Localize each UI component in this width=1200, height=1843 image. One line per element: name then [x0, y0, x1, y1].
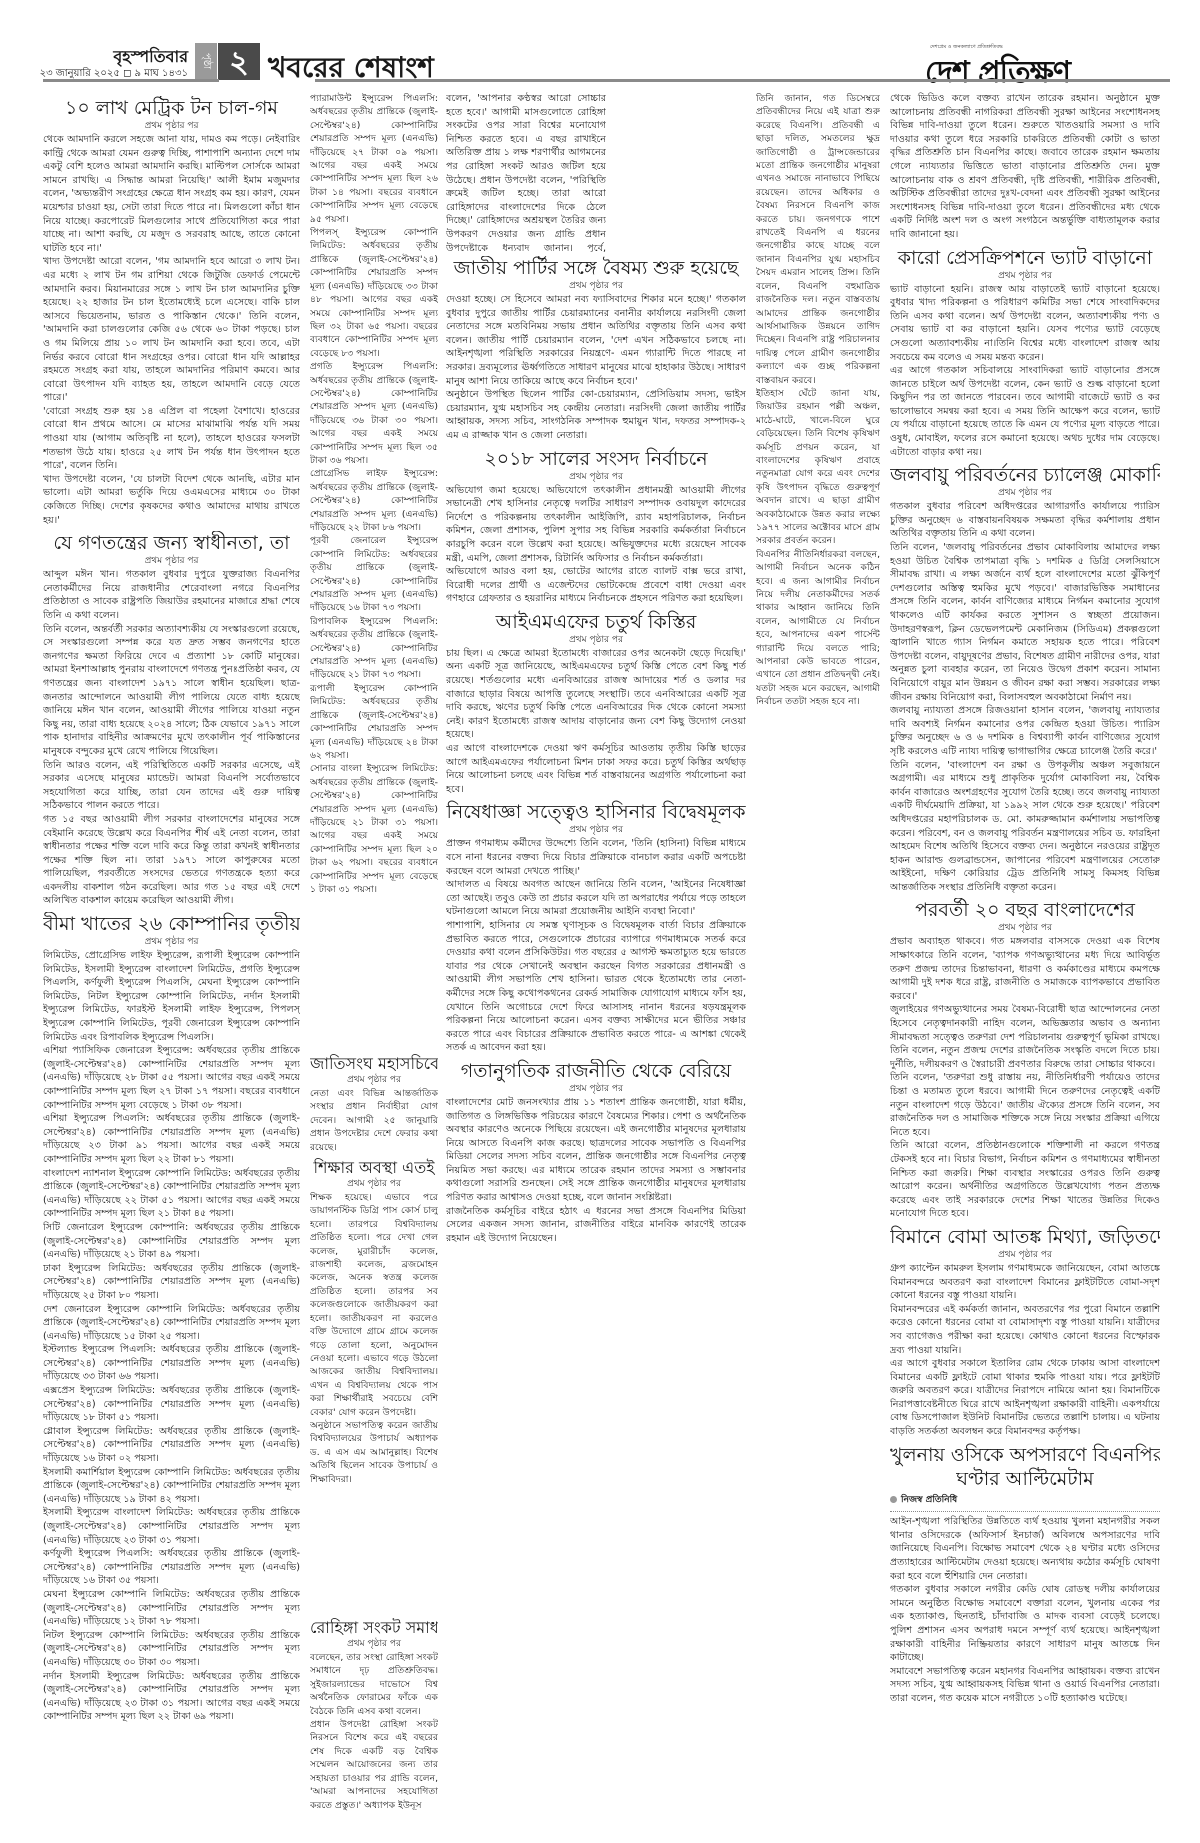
- header-rule: [315, 79, 1170, 82]
- paragraph: প্যারামাউন্ট ইন্স্যুরেন্স পিএলসি: অর্ধবছ…: [310, 92, 438, 226]
- paragraph: খাদ্য উপদেষ্টা বলেন, 'যে চালটা বিদেশ থেক…: [43, 473, 300, 527]
- jump-line: প্রথম পৃষ্ঠার পর: [446, 634, 746, 646]
- paragraph: এশিয়া প্যাসিফিক জেনারেল ইন্স্যুরেন্স: অ…: [43, 1044, 300, 1112]
- headline: যে গণতন্ত্রের জন্য স্বাধীনতা, তা: [43, 531, 300, 555]
- headline: ১০ লাখ মেট্রিক টন চাল-গম: [43, 96, 300, 120]
- paragraph: সোনার বাংলা ইন্স্যুরেন্স লিমিটেড: অর্ধবছ…: [310, 762, 438, 896]
- headline: কারো প্রেসক্রিপশনে ভ্যাট বাড়ানো: [890, 246, 1160, 270]
- headline: জলবায়ু পরিবর্তনের চ্যালেঞ্জ মোকাবিলায়: [890, 463, 1160, 487]
- article-insurance: বীমা খাতের ২৬ কোম্পানির তৃতীয় প্রথম পৃষ…: [43, 912, 300, 1724]
- paragraph: প্রধান উপদেষ্টা রোহিঙ্গা সংকট নিরসনে বিশ…: [310, 1718, 438, 1812]
- article-climate: জলবায়ু পরিবর্তনের চ্যালেঞ্জ মোকাবিলায় …: [890, 463, 1160, 894]
- page-tag: পৃষ্ঠা: [195, 43, 217, 80]
- paragraph: প্রাক্তন গণমাধ্যম কর্মীদের উদ্দেশ্যে তিন…: [446, 837, 746, 878]
- paragraph: বাংলাদেশের মোট জনসংখ্যার প্রায় ১১ শতাংশ…: [446, 1096, 746, 1205]
- headline: বীমা খাতের ২৬ কোম্পানির তৃতীয়: [43, 912, 300, 936]
- middle-wide-block: জাতীয় পার্টির সঙ্গে বৈষম্য শুরু হয়েছে …: [446, 252, 746, 1842]
- paragraph: আব্দুল মঈন খান। গতকাল বুধবার দুপুরে যুক্…: [43, 568, 300, 622]
- paragraph: 'বোরো সংগ্রহ শুরু হয় ১৪ এপ্রিল বা পহেলা…: [43, 405, 300, 473]
- paragraph: দেওয়া হচ্ছে। সে হিসেবে আমরা নব্য ফ্যাসি…: [446, 293, 746, 388]
- paragraph: থেকে আমদানি করলে সহজে আনা যায়, দামও কম …: [43, 133, 300, 255]
- paragraph: শিক্ষক হয়েছে। এভাবে পরে ডায়াগনস্টিক ডি…: [310, 1191, 438, 1419]
- paragraph: বলেছেন, তার সংস্থা রোহিঙ্গা সংকট সমাধানে…: [310, 1651, 438, 1718]
- paragraph: জুলাইয়ের গণঅভ্যুত্থানের সময় বৈষম্য-বির…: [890, 1003, 1160, 1071]
- paragraph: ইস্টল্যান্ড ইন্স্যুরেন্স পিএলসি: অর্ধবছর…: [43, 1343, 300, 1384]
- article-disabled: থেকে ভিডিও কলে বক্তব্য রাখেন তারেক রহমান…: [890, 92, 1160, 242]
- article-education: শিক্ষার অবস্থা এতই প্রথম পৃষ্ঠার পর শিক্…: [310, 1154, 438, 1614]
- paragraph: গতকাল বুধবার পরিবেশ অধিদপ্তরের আগারগাঁও …: [890, 500, 1160, 541]
- paragraph: ইসলামী ইন্স্যুরেন্স বাংলাদেশ লিমিটেড: অর…: [43, 1506, 300, 1547]
- paragraph: বিমানবন্দরের এই কর্মকর্তা জানান, অবতরণের…: [890, 1303, 1160, 1357]
- paragraph: এশিয়া ইন্স্যুরেন্স পিএলসি: অর্ধবছরের তৃ…: [43, 1112, 300, 1166]
- paragraph: জলবায়ু ন্যায্যতা প্রসঙ্গে রিজওয়ানা হাস…: [890, 704, 1160, 758]
- headline: জাতীয় পার্টির সঙ্গে বৈষম্য শুরু হয়েছে: [446, 256, 746, 280]
- article-rohingya-continued: বলেন, 'আপনার কণ্ঠস্বর আরো সোচ্চার হতে হব…: [446, 92, 606, 252]
- paragraph: তিনি আরও বলেন, এই পরিস্থিতিতে একটি সরকার…: [43, 759, 300, 813]
- paragraph: রিপাবলিক ইন্স্যুরেন্স পিএলসি: অর্ধবছরের …: [310, 615, 438, 682]
- headline-line-2: ঘণ্টার আল্টিমেটাম: [890, 1467, 1160, 1491]
- headline: ২০১৮ সালের সংসদ নির্বাচনে: [446, 447, 746, 471]
- paragraph: গ্লোবাল ইন্স্যুরেন্স লিমিটেড: অর্ধবছরের …: [43, 1425, 300, 1466]
- headline: পরবর্তী ২০ বছর বাংলাদেশের: [890, 898, 1160, 922]
- paragraph: লিমিটেড, প্রোগ্রেসিভ লাইফ ইন্স্যুরেন্স, …: [43, 949, 300, 1044]
- headline: বিমানে বোমা আতঙ্ক মিথ্যা, জড়িতদের: [890, 1225, 1160, 1249]
- column-1: ১০ লাখ মেট্রিক টন চাল-গম প্রথম পৃষ্ঠার প…: [43, 92, 300, 1832]
- jump-line: প্রথম পৃষ্ঠার পর: [43, 120, 300, 132]
- jump-line: প্রথম পৃষ্ঠার পর: [446, 471, 746, 483]
- article-imf: আইএমএফের চতুর্থ কিস্তির প্রথম পৃষ্ঠার পর…: [446, 610, 746, 797]
- column-5: থেকে ভিডিও কলে বক্তব্য রাখেন তারেক রহমান…: [890, 92, 1160, 1832]
- section-title: খবরের শেষাংশ: [268, 46, 434, 93]
- page-number: ২: [218, 43, 260, 80]
- masthead: বৃহস্পতিবার ২৩ জানুয়ারি ২০২৫ ◻ ৯ মাঘ ১৪…: [0, 0, 1200, 80]
- paragraph: তিনি আরো বলেন, প্রতিষ্ঠানগুলোকে শক্তিশাল…: [890, 1139, 1160, 1221]
- headline: আইএমএফের চতুর্থ কিস্তির: [446, 610, 746, 634]
- article-un-chief: জাতিসংঘ মহাসচিবের প্রথম পৃষ্ঠার পর নেতা …: [310, 1054, 438, 1154]
- paragraph: তিনি বলেন, অন্তর্বর্তী সরকার অত্যাবশ্যকী…: [43, 623, 300, 759]
- paragraph: গ্রুপ ক্যাপ্টেন কামরুল ইসলাম গণমাধ্যমকে …: [890, 1262, 1160, 1303]
- jump-line: প্রথম পৃষ্ঠার পর: [310, 1638, 438, 1650]
- paragraph: ঢাকা ইন্স্যুরেন্স লিমিটেড: অর্ধবছরের তৃত…: [43, 1262, 300, 1303]
- article-rohingya: রোহিঙ্গা সংকট সমাধানে প্রথম পৃষ্ঠার পর ব…: [310, 1618, 438, 1812]
- paragraph: বিএনপির নীতিনির্ধারকরা বলছেন, আগামী নির্…: [756, 548, 880, 709]
- paragraph: পিপলস্ ইন্স্যুরেন্স কোম্পানি লিমিটেড: অর…: [310, 226, 438, 360]
- jump-line: প্রথম পৃষ্ঠার পর: [446, 280, 746, 292]
- paragraph: প্রগতি ইন্স্যুরেন্স পিএলসি: অর্ধবছরের তৃ…: [310, 360, 438, 467]
- paragraph: পূরবী জেনারেল ইন্স্যুরেন্স কোম্পানি লিমি…: [310, 534, 438, 614]
- column-2: প্যারামাউন্ট ইন্স্যুরেন্স পিএলসি: অর্ধবছ…: [310, 92, 438, 1842]
- paragraph: রাজনৈতিক কর্মসূচির বাইরে হঠাৎ এ ধরনের সভ…: [446, 1205, 746, 1246]
- paragraph: আদালত এ বিষয়ে অবগত আছেন জানিয়ে তিনি বল…: [446, 878, 746, 919]
- jump-line: প্রথম পৃষ্ঠার পর: [310, 1074, 438, 1086]
- paragraph: খাদ্য উপদেষ্টা আরো বলেন, 'গম আমদানি হবে …: [43, 255, 300, 405]
- jump-line: প্রথম পৃষ্ঠার পর: [43, 555, 300, 567]
- paragraph: গত ১৫ বছর আওয়ামী লীগ সরকার বাংলাদেশের ম…: [43, 813, 300, 908]
- article-democracy: যে গণতন্ত্রের জন্য স্বাধীনতা, তা প্রথম প…: [43, 531, 300, 908]
- paragraph: প্রোগ্রেসিভ লাইফ ইন্স্যুরেন্স: অর্ধবছরের…: [310, 467, 438, 534]
- paragraph: নেতা এবং বিভিন্ন আন্তর্জাতিক সংস্থার প্র…: [310, 1087, 438, 1154]
- paragraph: চায় ছিল। এ ক্ষেত্রে আমরা ইতোমধ্যে বাজার…: [446, 647, 746, 742]
- headline: শিক্ষার অবস্থা এতই: [310, 1158, 438, 1178]
- paragraph: মেঘনা ইন্স্যুরেন্স কোম্পানি লিমিটেড: অর্…: [43, 1588, 300, 1629]
- paragraph: অনুষ্ঠানে সভাপতিত্ব করেন জাতীয় বিশ্ববিদ…: [310, 1419, 438, 1486]
- paragraph: কর্ণফুলী ইন্স্যুরেন্স পিএলসি: অর্ধবছরের …: [43, 1547, 300, 1588]
- paragraph: বাংলাদেশ ন্যাশনাল ইন্স্যুরেন্স কোম্পানি …: [43, 1167, 300, 1221]
- article-jatiya-party: জাতীয় পার্টির সঙ্গে বৈষম্য শুরু হয়েছে …: [446, 256, 746, 443]
- byline: নিজস্ব প্রতিনিধি: [890, 1494, 1160, 1513]
- paragraph: ইসলামী কমার্শিয়াল ইন্স্যুরেন্স কোম্পানি…: [43, 1466, 300, 1507]
- article-election-2018: ২০১৮ সালের সংসদ নির্বাচনে প্রথম পৃষ্ঠার …: [446, 447, 746, 606]
- paragraph: এর আগে বাংলাদেশকে দেওয়া ঋণ কর্মসূচির আও…: [446, 742, 746, 796]
- paragraph: তিনি বলেন, 'তরুণরা শুধু রাস্তায় নয়, নী…: [890, 1071, 1160, 1139]
- article-khulna: খুলনায় ওসিকে অপসারণে বিএনপির ২৪ ঘণ্টার …: [890, 1443, 1160, 1706]
- headline: খুলনায় ওসিকে অপসারণে বিএনপির ২৪: [890, 1443, 1160, 1467]
- jump-line: প্রথম পৃষ্ঠার পর: [890, 1249, 1160, 1261]
- article-vat: কারো প্রেসক্রিপশনে ভ্যাট বাড়ানো প্রথম প…: [890, 246, 1160, 460]
- article-tradition-continued: তিনি জানান, গত ডিসেম্বরে প্রতিবন্ধীদের ন…: [756, 92, 880, 1842]
- paragraph: নিটল ইন্স্যুরেন্স কোম্পানি লিমিটেড: অর্ধ…: [43, 1629, 300, 1670]
- headline: গতানুগতিক রাজনীতি থেকে বেরিয়ে: [446, 1059, 746, 1083]
- paragraph: সিটি জেনারেল ইন্স্যুরেন্স কোম্পানি: অর্ধ…: [43, 1221, 300, 1262]
- paragraph: ইতিহাস ঘেঁটে জানা যায়, জিয়াউর রহমান পল…: [756, 387, 880, 548]
- jump-line: প্রথম পৃষ্ঠার পর: [446, 824, 746, 836]
- paragraph: সমাবেশে সভাপতিত্ব করেন মহানগর বিএনপির আহ…: [890, 1665, 1160, 1706]
- jump-line: প্রথম পৃষ্ঠার পর: [890, 487, 1160, 499]
- article-hasina-ban: নিষেধাজ্ঞা সত্ত্বেও হাসিনার বিদ্বেষমূলক …: [446, 800, 746, 1055]
- jump-line: প্রথম পৃষ্ঠার পর: [890, 270, 1160, 282]
- paragraph: রূপালী ইন্স্যুরেন্স কোম্পানি লিমিটেড: অর…: [310, 682, 438, 762]
- jump-line: প্রথম পৃষ্ঠার পর: [890, 922, 1160, 934]
- paragraph: তিনি বলেন, 'জলবায়ু পরিবর্তনের প্রভাব মো…: [890, 541, 1160, 704]
- paragraph: ভ্যাট বাড়ানো হয়নি। রাজস্ব আয় বাড়াতেই…: [890, 283, 1160, 365]
- paragraph: এর আগে গতকাল সচিবালয়ে সাংবাদিকরা ভ্যাট …: [890, 364, 1160, 459]
- byline-text: নিজস্ব প্রতিনিধি: [901, 1495, 957, 1505]
- article-tradition-politics: গতানুগতিক রাজনীতি থেকে বেরিয়ে প্রথম পৃষ…: [446, 1059, 746, 1246]
- paragraph: তিনি বলেন, 'বাংলাদেশ বন রক্ষা ও উপকূলীয়…: [890, 759, 1160, 895]
- article-insurance-continued: প্যারামাউন্ট ইন্স্যুরেন্স পিএলসি: অর্ধবছ…: [310, 92, 438, 1050]
- paragraph: প্রভাব অব্যাহত থাকবে। গত মঙ্গলবার বাসসকে…: [890, 935, 1160, 1003]
- paragraph: আইন-শৃঙ্খলা পরিস্থিতির উন্নতিতে ব্যর্থ হ…: [890, 1515, 1160, 1583]
- paragraph: তিনি জানান, গত ডিসেম্বরে প্রতিবন্ধীদের ন…: [756, 92, 880, 387]
- paragraph: এক্সপ্রেস ইন্স্যুরেন্স লিমিটেড: অর্ধবছরে…: [43, 1384, 300, 1425]
- bullet-icon: [890, 1496, 897, 1503]
- header-rule: [43, 79, 219, 82]
- article-rice-import: ১০ লাখ মেট্রিক টন চাল-গম প্রথম পৃষ্ঠার প…: [43, 96, 300, 527]
- headline: নিষেধাজ্ঞা সত্ত্বেও হাসিনার বিদ্বেষমূলক: [446, 800, 746, 824]
- jump-line: প্রথম পৃষ্ঠার পর: [43, 936, 300, 948]
- paragraph: পাশাপাশি, হাসিনার যে সমস্ত ঘৃণাসূচক ও বি…: [446, 919, 746, 1055]
- article-bomb-hoax: বিমানে বোমা আতঙ্ক মিথ্যা, জড়িতদের প্রথম…: [890, 1225, 1160, 1439]
- paragraph: গতকাল বুধবার সকালে নগরীর কেডি ঘোষ রোডস্থ…: [890, 1583, 1160, 1665]
- jump-line: প্রথম পৃষ্ঠার পর: [446, 1083, 746, 1095]
- paragraph: বলেন, 'আপনার কণ্ঠস্বর আরো সোচ্চার হতে হব…: [446, 92, 606, 252]
- headline: জাতিসংঘ মহাসচিবের: [310, 1054, 438, 1074]
- headline: রোহিঙ্গা সংকট সমাধানে: [310, 1618, 438, 1638]
- paragraph: থেকে ভিডিও কলে বক্তব্য রাখেন তারেক রহমান…: [890, 92, 1160, 242]
- paragraph: অভিযোগে আরও বলা হয়, ভোটের আগের রাতে ব্য…: [446, 565, 746, 606]
- paragraph: অভিযোগ জমা হয়েছে। অভিযোগে তৎকালীন প্রধা…: [446, 484, 746, 566]
- paragraph: দেশ জেনারেল ইন্স্যুরেন্স কোম্পানি লিমিটে…: [43, 1303, 300, 1344]
- paragraph: নর্দান ইসলামী ইন্স্যুরেন্স লিমিটেড: অর্ধ…: [43, 1670, 300, 1724]
- paragraph: এর আগে বুধবার সকালে ইতালির রোম থেকে ঢাকা…: [890, 1357, 1160, 1439]
- paragraph: অনুষ্ঠানে উপস্থিত ছিলেন পার্টির কো-চেয়া…: [446, 388, 746, 442]
- jump-line: প্রথম পৃষ্ঠার পর: [310, 1178, 438, 1190]
- article-next-20-years: পরবর্তী ২০ বছর বাংলাদেশের প্রথম পৃষ্ঠার …: [890, 898, 1160, 1220]
